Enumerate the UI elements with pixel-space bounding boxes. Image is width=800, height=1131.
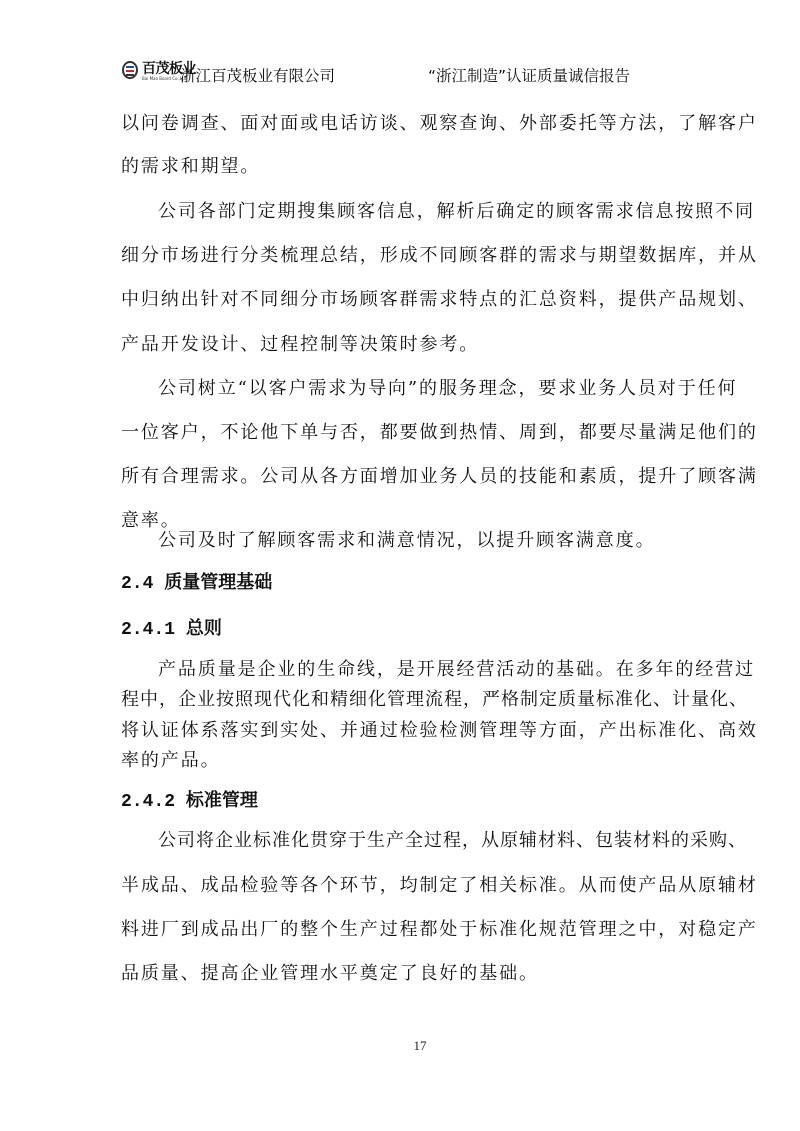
paragraph-line: 率的产品。 [121, 746, 221, 772]
company-name: 浙江百茂板业有限公司 [180, 64, 335, 86]
paragraph-line: 中归纳出针对不同细分市场顾客群需求特点的汇总资料，提供产品规划、 [121, 285, 758, 311]
section-title: 质量管理基础 [164, 572, 272, 593]
paragraph-line: 公司各部门定期搜集顾客信息，解析后确定的顾客需求信息按照不同 [158, 197, 755, 223]
paragraph-line: 程中，企业按照现代化和精细化管理流程，严格制定质量标准化、计量化、 [121, 685, 748, 711]
section-number: 2.4.2 [121, 792, 175, 812]
paragraph-line: 产品开发设计、过程控制等决策时参考。 [121, 330, 479, 356]
page-number: 17 [0, 1038, 800, 1054]
paragraph-line: 以问卷调查、面对面或电话访谈、观察查询、外部委托等方法，了解客户 [121, 109, 758, 135]
section-title: 总则 [186, 618, 222, 639]
paragraph-line: 品质量、提高企业管理水平奠定了良好的基础。 [121, 959, 539, 985]
section-number: 2.4 [121, 574, 153, 594]
paragraph-line: 一位客户，不论他下单与否，都要做到热情、周到，都要尽量满足他们的 [121, 418, 758, 444]
paragraph-line: 半成品、成品检验等各个环节，均制定了相关标准。从而使产品从原辅材 [121, 871, 758, 897]
section-heading-2-4-2: 2.4.2 标准管理 [121, 786, 258, 812]
page-header: 百茂板业 Bai Mao Board Co.,Ltd. 浙江百茂板业有限公司 “… [120, 58, 720, 88]
paragraph-line: 所有合理需求。公司从各方面增加业务人员的技能和素质，提升了顾客满 [121, 462, 758, 488]
paragraph-line: 将认证体系落实到实处、并通过检验检测管理等方面，产出标准化、高效 [121, 716, 758, 742]
report-title: “浙江制造”认证质量诚信报告 [428, 64, 630, 86]
paragraph-line: 料进厂到成品出厂的整个生产过程都处于标准化规范管理之中，对稳定产 [121, 915, 758, 941]
paragraph-line: 公司树立“以客户需求为导向”的服务理念，要求业务人员对于任何 [158, 374, 737, 400]
paragraph-line: 公司将企业标准化贯穿于生产全过程，从原辅材料、包装材料的采购、 [158, 826, 747, 852]
section-heading-2-4: 2.4 质量管理基础 [121, 568, 272, 594]
paragraph-line: 细分市场进行分类梳理总结，形成不同顾客群的需求与期望数据库，并从 [121, 241, 758, 267]
company-logo-badge-icon [122, 61, 138, 79]
section-heading-2-4-1: 2.4.1 总则 [121, 614, 222, 640]
paragraph-line: 公司及时了解顾客需求和满意情况，以提升顾客满意度。 [158, 526, 656, 552]
section-number: 2.4.1 [121, 620, 175, 640]
section-title: 标准管理 [186, 790, 258, 811]
paragraph-line: 的需求和期望。 [121, 152, 260, 178]
paragraph-line: 产品质量是企业的生命线，是开展经营活动的基础。在多年的经营过 [158, 655, 755, 681]
